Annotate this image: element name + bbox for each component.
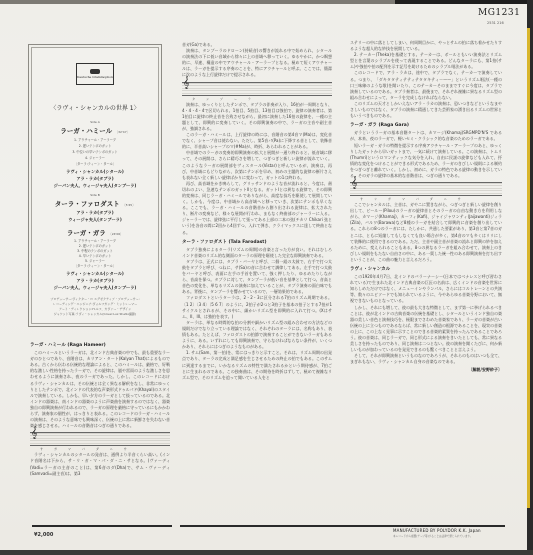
- hameer-paragraph: このハミールというラーガは、北インド古典音楽の中でも、最も重要なラーガのひとつで…: [30, 350, 170, 429]
- hameer-music-staff: 𝄞 サ ガ マ パ ダ ニ サ: [30, 432, 170, 446]
- manufacturer-line: MANUFACTURED BY POLYDOR K.K. Japan: [393, 528, 481, 533]
- author-signature: 〔解説/安野紗子〕: [350, 367, 502, 373]
- side-a-movement: 1. アウチャール・アーラープ: [29, 137, 161, 142]
- side-b-performer: ラヴィ・シャンカル(シタール): [29, 271, 161, 277]
- side-b-track2-duration: 〔24'06〕: [109, 232, 123, 236]
- hameer-heading: ラーガ・ハミール (Raga Hameer): [30, 343, 170, 349]
- gara-paragraph: 短いラーガ・ガラの特徴を提示する序奏アウチャール・アーラープのあと、ゆっくりした…: [350, 143, 502, 180]
- treble-clef-icon: 𝄞: [183, 80, 190, 86]
- gara-paragraph: ガラというラーガの基本音階タートは、カマージ(Khamaj)SRGMPD'N'S…: [350, 130, 502, 142]
- farodast-paragraph: タブラ独奏によるターラ(リズムの周期)の音楽と言った方が良い。それはむしろインド…: [182, 247, 332, 259]
- side-a-performer: ジーバン夫人、ウィージャ夫人(タンブーラ): [29, 183, 161, 189]
- side-a-movement: 2. 遅いテンポのガット: [29, 143, 161, 148]
- credit-line: レコーディング・エンジニア:ヴォルフガング・ミットレーマー: [29, 302, 161, 306]
- shankar-paragraph: そして、それが即興演奏というものなのであろうが、それらのものはいつも全て、まぎれ…: [350, 353, 502, 365]
- top-edge-dark: [395, 0, 533, 4]
- middle-paragraph: このラーガ・ハミールは、上行旋律の時には、音階音の第4音マ(Ma)は、変化音でな…: [182, 132, 332, 150]
- column-middle: 音ガ(Ga)である。 演奏は、タンブーラのドローン(持続音)の響きが流れる中で始…: [182, 42, 332, 520]
- side-b-track2-title-text: ラーガ・ガラ: [67, 229, 106, 237]
- right-paragraph: このレコードで、アラ・ラカは、途中で、タブラでなく、テーカーで演奏している。つま…: [350, 70, 502, 100]
- side-b-track1-title: ターラ・ファロダスト〔5'45〕: [29, 199, 161, 208]
- column-right: ステリーの中に落としてしまい、何周期目かに、やっとサムの拍に落ち着かせたりするよ…: [350, 40, 502, 520]
- divider-rule: [180, 525, 505, 527]
- side-b-track1-duration: 〔5'45〕: [123, 203, 136, 207]
- side-b-performer: アラ・ラカ(タブラ): [29, 278, 161, 284]
- treble-clef-icon: 𝄞: [351, 180, 358, 186]
- copyright-notice: 本レコードから複製(テープ等)することは法律で禁じられています。: [393, 534, 473, 538]
- farodast-paragraph: 1. サム(Sam、第一拍)を、常にはっきりと示すこと。それは、リズム周期の出発…: [182, 350, 332, 380]
- side-a-performer: ラヴィ・シャンカル(シタール): [29, 169, 161, 175]
- label-name: Deutsche Grammophon: [77, 75, 113, 79]
- gara-paragraph: ここでシャンカルは、主音は、ガやニに置きながら、つぎつぎと新しい旋律を創り出して…: [350, 202, 502, 263]
- middle-paragraph: 再び、高音域をかき鳴らして、グリッサンドのような音が流れると、今度は、歯切れのよ…: [182, 181, 332, 236]
- middle-paragraph: 演奏は、ゆっくりとしたテンポで、タブラの伴奏が入り、16拍が一周期となり、4・4…: [182, 102, 332, 132]
- catalog-sub-number: 2531 216: [487, 21, 504, 25]
- farodast-heading: ターラ・ファロダスト (Tala Farodast): [182, 240, 332, 246]
- gara-scale-labels: サ リ ガ マ パ ダ ニ サ: [360, 196, 466, 202]
- side-a-tala: 〔ターラ:ティーン・タール〕: [29, 161, 161, 166]
- tanpura-labels: タ ン プ ー ラ: [192, 96, 256, 102]
- credit-line: プロデューサー:ヴィクター・ロ エグゼクティブ・プロデューサー:: [29, 297, 161, 301]
- track-listing-box: Deutsche Grammophon 〈ラヴィ・シャンカルの世界 1〉 Sid…: [28, 44, 162, 327]
- hameer-scale-labels: サ ガ マ パ ダ ニ サ: [40, 446, 132, 452]
- side-b-track1-performer: ウィージャ夫人(タンブーラ): [29, 217, 161, 223]
- catalog-number: MG1231: [478, 8, 520, 18]
- hameer-scale-note: ラヴィ・シャンカルのシタールの発音は、通例より半音くらい高い。(インド音階名は下…: [30, 452, 170, 476]
- spine-strip: [527, 28, 530, 508]
- middle-paragraph: 演奏は、タンブーラのドローン(持続音)の響きが流れる中で始められ、シタールの演奏…: [182, 48, 332, 78]
- divider-rule: [32, 525, 172, 527]
- price: ¥2,000: [34, 532, 53, 538]
- side-b-tala: 〔ターラ:ティーン・タール〕: [29, 263, 161, 268]
- column-left: ラーガ・ハミール (Raga Hameer) このハミールというラーガは、北イン…: [30, 339, 170, 519]
- side-b-track1-performer: アラ・ラカ(タブラ): [29, 210, 161, 216]
- credit-line: アート・ディレクション:H.ルフ、カヴァー・デザイン: [29, 307, 161, 311]
- right-paragraph: このリズムの天才としかいえないアラ・ラカの演奏は、恐いつきなどというなまやさしい…: [350, 101, 502, 119]
- side-b-track1-title-text: ターラ・ファロダスト: [55, 200, 120, 208]
- farodast-paragraph: ターラは、単なる時間的な拍の分割や細かいリズム型の組み合わせの方法などの規則だけ…: [182, 320, 332, 350]
- gara-music-staff: 𝄞 サ リ ガ マ パ ダ ニ サ: [350, 182, 502, 196]
- farodast-paragraph: タブラは、正式には、タブラ・バーヤと呼び、二個一組の太鼓で、右手で打つ太鼓をタブ…: [182, 259, 332, 296]
- dg-logo: Deutsche Grammophon: [76, 63, 114, 85]
- intro-music-staff: 𝄞 タ ン プ ー ラ: [182, 82, 332, 96]
- right-paragraph: ステリーの中に落としてしまい、何周期目かに、やっとサムの拍に落ち着かせたりするよ…: [350, 40, 502, 52]
- treble-clef-icon: 𝄞: [31, 430, 38, 436]
- side-a-movement: 4. ジャーラー: [29, 155, 161, 160]
- side-b-performer: ジーバン夫人、ウィージャ夫人(タンブーラ): [29, 285, 161, 291]
- shankar-heading: ラヴィ・シャンカル: [350, 267, 502, 273]
- side-a-title-text: ラーガ・ハミール: [60, 127, 112, 135]
- bottom-edge: [0, 550, 533, 555]
- middle-paragraph: 中音域でのラーガの変奏的即興演奏の拡大と展開が一通り終わると、低音域に移って、そ…: [182, 150, 332, 180]
- crest-icon: [90, 69, 100, 74]
- gara-heading: ラーガ・ガラ (Raga Gara): [350, 123, 502, 129]
- side-a-performer: アラ・ラカ(タブラ): [29, 176, 161, 182]
- side-a-duration: 〔32'47〕: [115, 130, 129, 134]
- series-title: 〈ラヴィ・シャンカルの世界 1〉: [29, 103, 161, 112]
- shankar-paragraph: しかし、それにも増して、彼の最も大きな特徴として、まず第一に挙げられるべきことは…: [350, 305, 502, 354]
- side-b-track2-title: ラーガ・ガラ〔24'06〕: [29, 228, 161, 237]
- side-b-label: Side B: [29, 193, 161, 197]
- side-a-label: Side A: [29, 120, 161, 124]
- credit-line: ジャケット写真:ラヴィ・シャンカル(Cover:Lux Studio撮影): [29, 312, 161, 316]
- farodast-paragraph: ファロダストというターラは、2・2・3に区分される7拍のリズム周期である。〔1 …: [182, 295, 332, 319]
- shankar-paragraph: この1920年4月7日、北インドのバラーナーシー(日本ではベナレスと呼び習わされ…: [350, 274, 502, 304]
- side-a-movement: 3. 中位いの早いテンポのガット: [29, 149, 161, 154]
- right-paragraph: 2. テーカー(Theka)を基礎とする。テーカーは、ボールともいい演奏法とリズ…: [350, 52, 502, 70]
- side-a-title: ラーガ・ハミール〔32'47〕: [29, 126, 161, 135]
